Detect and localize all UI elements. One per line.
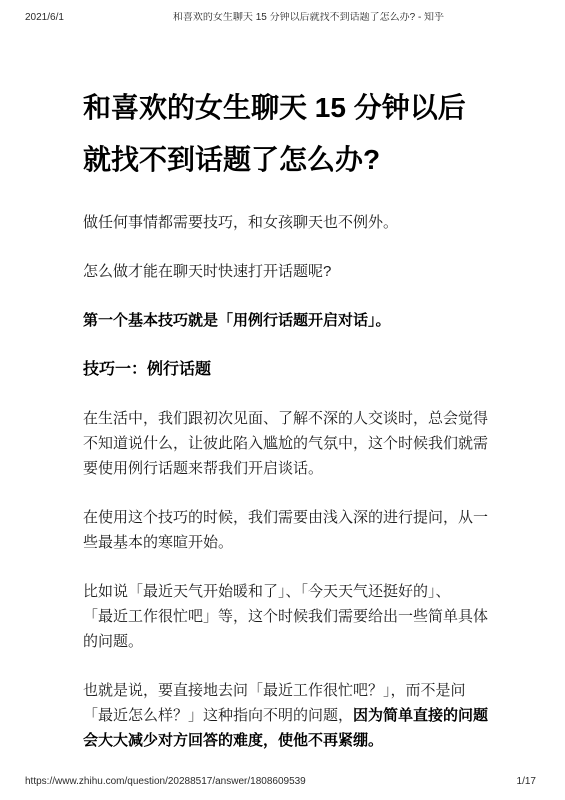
bold-text: 技巧一：例行话题 [83,361,211,378]
text: 比如说「最近天气开始暖和了」、「今天天气还挺好的」、 [83,583,451,600]
bold-text: 会大大减少对方回答的难度，使他不再紧绷。 [83,732,383,749]
text: 「最近怎么样？」这种指向不明的问题， [83,707,353,724]
title-line: 和喜欢的女生聊天 15 分钟以后 [83,82,489,134]
bold-text: 第一个基本技巧就是「用例行话题开启对话」。 [83,312,391,329]
text-line: 第一个基本技巧就是「用例行话题开启对话」。 [83,308,489,333]
article-paragraph: 也就是说，要直接地去问「最近工作很忙吧？」，而不是问「最近怎么样？」这种指向不明… [83,678,489,753]
text: 不知道说什么，让彼此陷入尴尬的气氛中，这个时候我们就需 [83,435,488,452]
text: 「最近工作很忙吧」等，这个时候我们需要给出一些简单具体 [83,608,488,625]
text-line: 的问题。 [83,629,489,654]
text-line: 也就是说，要直接地去问「最近工作很忙吧？」，而不是问 [83,678,489,703]
article-title: 和喜欢的女生聊天 15 分钟以后就找不到话题了怎么办? [83,82,489,186]
text: 怎么做才能在聊天时快速打开话题呢? [83,263,331,280]
text: 也就是说，要直接地去问「最近工作很忙吧？」，而不是问 [83,682,466,699]
print-header-date: 2021/6/1 [25,12,64,24]
text-line: 会大大减少对方回答的难度，使他不再紧绷。 [83,728,489,753]
text-line: 要使用例行话题来帮我们开启谈话。 [83,456,489,481]
article-paragraph: 怎么做才能在聊天时快速打开话题呢? [83,259,489,284]
title-line: 就找不到话题了怎么办? [83,134,489,186]
print-footer-page-number: 1/17 [517,776,536,788]
text-line: 比如说「最近天气开始暖和了」、「今天天气还挺好的」、 [83,579,489,604]
text: 在使用这个技巧的时候，我们需要由浅入深的进行提问，从一 [83,509,488,526]
text: 做任何事情都需要技巧，和女孩聊天也不例外。 [83,214,398,231]
text: 的问题。 [83,633,143,650]
text-line: 「最近怎么样？」这种指向不明的问题，因为简单直接的问题 [83,703,489,728]
bold-text: 因为简单直接的问题 [353,707,488,724]
print-footer-url: https://www.zhihu.com/question/20288517/… [25,776,306,788]
article-paragraph: 第一个基本技巧就是「用例行话题开启对话」。 [83,308,489,333]
text-line: 不知道说什么，让彼此陷入尴尬的气氛中，这个时候我们就需 [83,431,489,456]
text: 在生活中，我们跟初次见面、了解不深的人交谈时，总会觉得 [83,410,488,427]
text-line: 在生活中，我们跟初次见面、了解不深的人交谈时，总会觉得 [83,406,489,431]
section-heading: 技巧一：例行话题 [83,357,489,382]
text-line: 技巧一：例行话题 [83,357,489,382]
print-header-title: 和喜欢的女生聊天 15 分钟以后就找不到话题了怎么办? - 知乎 [62,12,555,24]
text-line: 怎么做才能在聊天时快速打开话题呢? [83,259,489,284]
text-line: 些最基本的寒暄开始。 [83,530,489,555]
article-paragraph: 在生活中，我们跟初次见面、了解不深的人交谈时，总会觉得不知道说什么，让彼此陷入尴… [83,406,489,481]
text-line: 做任何事情都需要技巧，和女孩聊天也不例外。 [83,210,489,235]
text-line: 「最近工作很忙吧」等，这个时候我们需要给出一些简单具体 [83,604,489,629]
article: 和喜欢的女生聊天 15 分钟以后就找不到话题了怎么办? 做任何事情都需要技巧，和… [83,82,489,777]
text-line: 在使用这个技巧的时候，我们需要由浅入深的进行提问，从一 [83,505,489,530]
article-paragraph: 做任何事情都需要技巧，和女孩聊天也不例外。 [83,210,489,235]
article-paragraph: 比如说「最近天气开始暖和了」、「今天天气还挺好的」、「最近工作很忙吧」等，这个时… [83,579,489,654]
text: 要使用例行话题来帮我们开启谈话。 [83,460,323,477]
article-paragraph: 在使用这个技巧的时候，我们需要由浅入深的进行提问，从一些最基本的寒暄开始。 [83,505,489,555]
article-body: 做任何事情都需要技巧，和女孩聊天也不例外。怎么做才能在聊天时快速打开话题呢?第一… [83,210,489,753]
text: 些最基本的寒暄开始。 [83,534,233,551]
